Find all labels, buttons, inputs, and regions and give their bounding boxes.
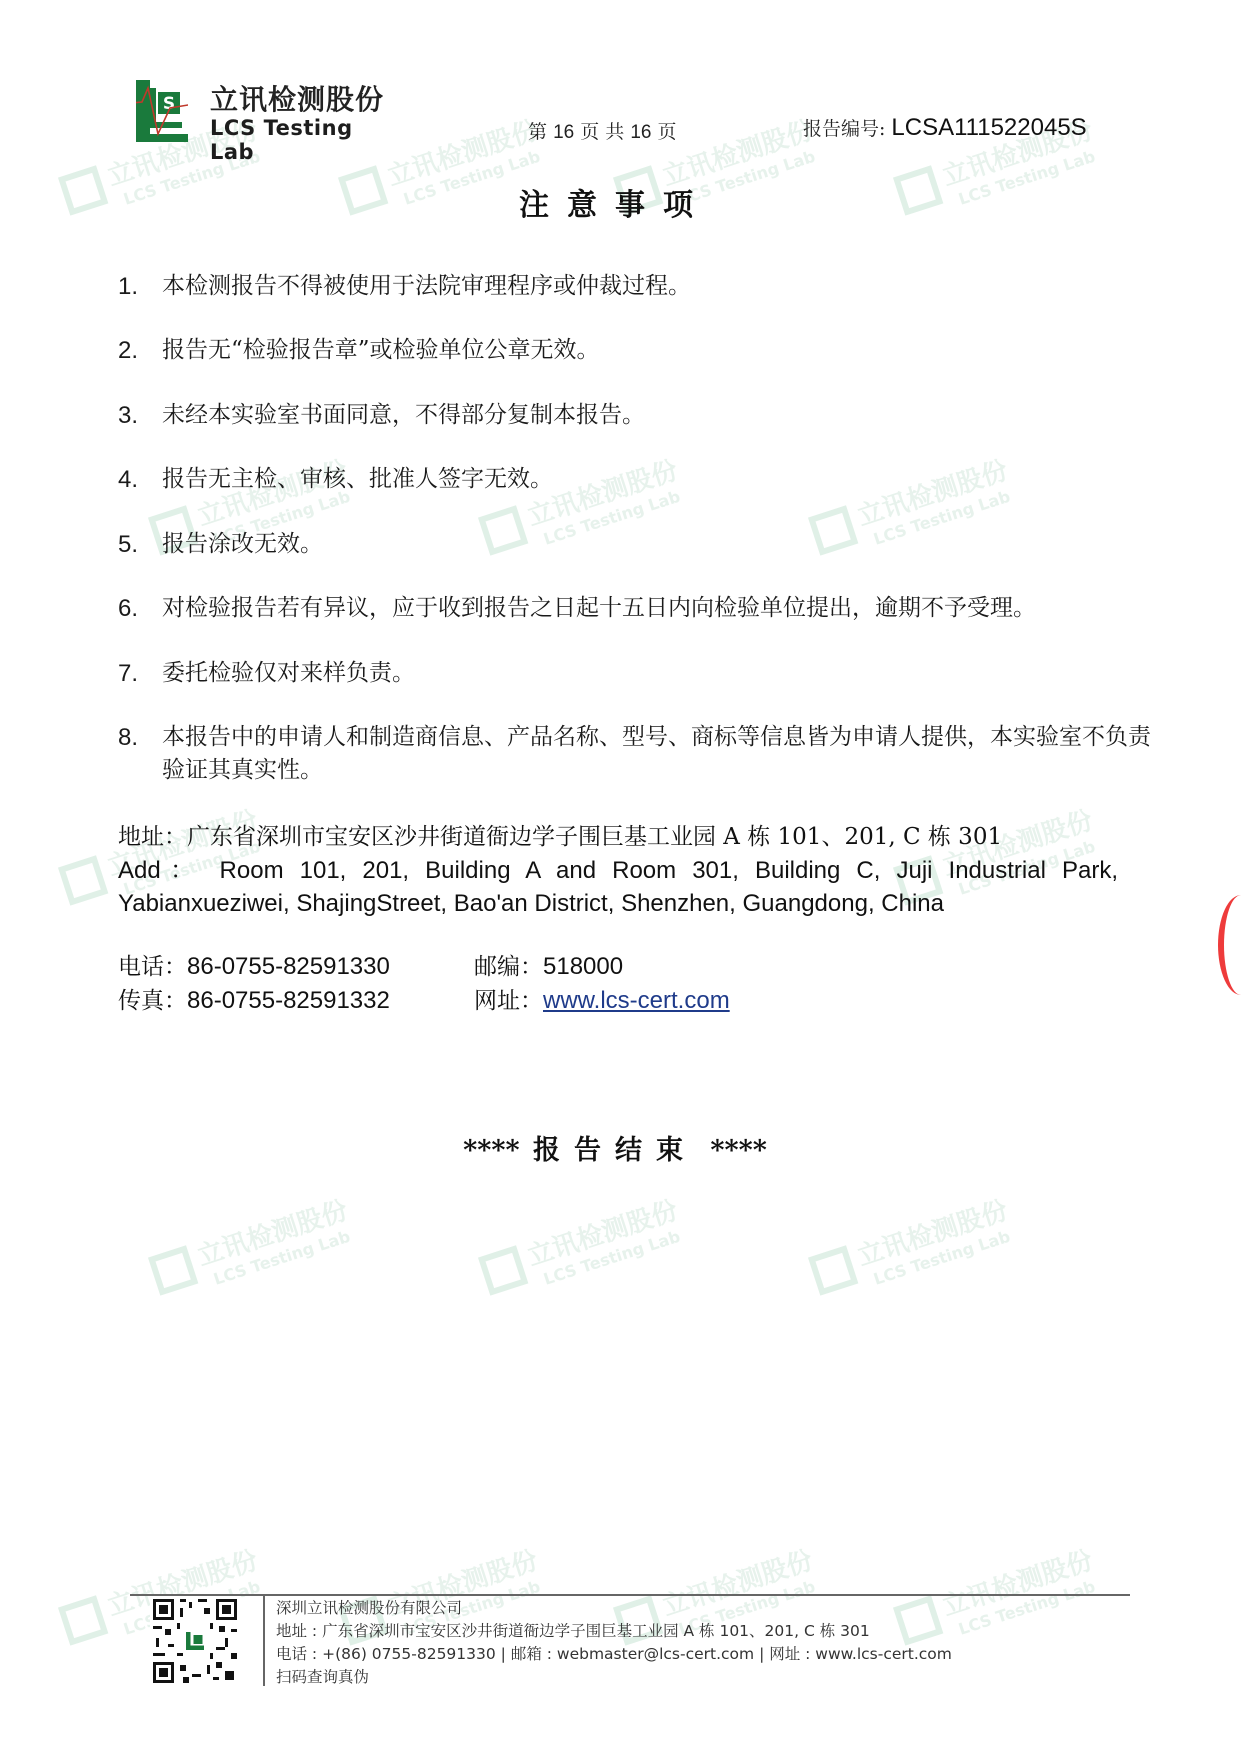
note-number: 1.: [118, 270, 158, 303]
logo-text-cn: 立讯检测股份: [210, 78, 384, 118]
page-label-suffix: 页: [658, 121, 677, 143]
contact-row: 电话：86-0755-82591330 邮编：518000: [118, 950, 390, 984]
note-item: 5.报告涂改无效。: [118, 528, 1232, 561]
note-text: 报告无“检验报告章”或检验单位公章无效。: [162, 334, 1232, 367]
note-number: 6.: [118, 592, 158, 625]
note-text: 本报告中的申请人和制造商信息、产品名称、型号、商标等信息皆为申请人提供，本实验室…: [162, 721, 1162, 787]
address-en-line1: Add： Room 101, 201, Building A and Room …: [118, 854, 1118, 887]
fax-label: 传真：: [118, 988, 187, 1014]
address-en-value: Room 101, 201, Building A and Room 301, …: [220, 857, 1118, 884]
end-stars-right: ****: [710, 1135, 766, 1166]
footer-vertical-divider: [263, 1594, 265, 1686]
watermark: 立讯检测股份LCS Testing Lab: [806, 1190, 1017, 1306]
footer-qr-hint: 扫码查询真伪: [276, 1666, 952, 1689]
note-item: 1.本检测报告不得被使用于法院审理程序或仲裁过程。: [118, 270, 1232, 303]
end-label: 报告结束: [533, 1135, 697, 1166]
zip-value: 518000: [543, 953, 623, 980]
note-text: 对检验报告若有异议，应于收到报告之日起十五日内向检验单位提出，逾期不予受理。: [162, 592, 1232, 625]
page-label-prefix: 第: [528, 121, 547, 143]
note-number: 3.: [118, 399, 158, 432]
report-number: 报告编号:LCSA111522045S: [803, 114, 1087, 142]
page-number: 第 16 页 共 16 页: [528, 117, 677, 144]
note-item: 8.本报告中的申请人和制造商信息、产品名称、型号、商标等信息皆为申请人提供，本实…: [118, 721, 1162, 787]
watermark: 立讯检测股份LCS Testing Lab: [146, 1190, 357, 1306]
company-logo: S 立讯检测股份 LCS Testing Lab: [120, 80, 400, 142]
note-number: 8.: [118, 721, 158, 754]
qr-code-icon[interactable]: [150, 1596, 240, 1686]
website-label: 网址：: [474, 988, 543, 1014]
note-text: 报告涂改无效。: [162, 528, 1232, 561]
note-item: 4.报告无主检、审核、批准人签字无效。: [118, 463, 1232, 496]
address-en-line2: Yabianxueziwei, ShajingStreet, Bao'an Di…: [118, 887, 1118, 920]
end-stars-left: ****: [463, 1135, 519, 1166]
report-number-label: 报告编号:: [803, 118, 885, 140]
note-text: 本检测报告不得被使用于法院审理程序或仲裁过程。: [162, 270, 1232, 303]
watermark: 立讯检测股份LCS Testing Lab: [476, 1190, 687, 1306]
contact-block: 电话：86-0755-82591330 邮编：518000 传真：86-0755…: [118, 950, 390, 1018]
footer-divider: [130, 1594, 1130, 1596]
note-number: 4.: [118, 463, 158, 496]
footer-contact: 电话 : +(86) 0755-82591330 | 邮箱 : webmaste…: [276, 1643, 952, 1666]
note-text: 报告无主检、审核、批准人签字无效。: [162, 463, 1232, 496]
website-link[interactable]: www.lcs-cert.com: [543, 987, 730, 1014]
footer-text: 深圳立讯检测股份有限公司 地址 : 广东省深圳市宝安区沙井街道衙边学子围巨基工业…: [276, 1597, 952, 1689]
lcs-logo-icon: S: [136, 80, 188, 142]
page-current: 16: [553, 122, 574, 143]
address-block: 地址：广东省深圳市宝安区沙井街道衙边学子围巨基工业园 A 栋 101、201, …: [118, 820, 1118, 920]
zip-field: 邮编：518000: [474, 950, 623, 984]
address-en-label: Add：: [118, 857, 203, 884]
address-cn-value: 广东省深圳市宝安区沙井街道衙边学子围巨基工业园 A 栋 101、201, C 栋…: [187, 824, 1002, 850]
contact-row: 传真：86-0755-82591332 网址：www.lcs-cert.com: [118, 984, 390, 1018]
address-cn-label: 地址：: [118, 824, 187, 850]
footer-address: 地址 : 广东省深圳市宝安区沙井街道衙边学子围巨基工业园 A 栋 101、201…: [276, 1620, 952, 1643]
note-text: 未经本实验室书面同意，不得部分复制本报告。: [162, 399, 1232, 432]
note-number: 7.: [118, 657, 158, 690]
fax-value: 86-0755-82591332: [187, 987, 390, 1014]
note-text: 委托检验仅对来样负责。: [162, 657, 1232, 690]
page-label-mid: 页 共: [580, 121, 624, 143]
logo-text-en: LCS Testing Lab: [210, 116, 400, 164]
website-field: 网址：www.lcs-cert.com: [474, 984, 730, 1018]
note-item: 6.对检验报告若有异议，应于收到报告之日起十五日内向检验单位提出，逾期不予受理。: [118, 592, 1232, 625]
address-cn: 地址：广东省深圳市宝安区沙井街道衙边学子围巨基工业园 A 栋 101、201, …: [118, 820, 1118, 854]
tel-label: 电话：: [118, 954, 187, 980]
page-title: 注意事项: [0, 180, 1230, 224]
tel-value: 86-0755-82591330: [187, 953, 390, 980]
note-number: 2.: [118, 334, 158, 367]
note-item: 2.报告无“检验报告章”或检验单位公章无效。: [118, 334, 1232, 367]
footer-company: 深圳立讯检测股份有限公司: [276, 1597, 952, 1620]
note-item: 3.未经本实验室书面同意，不得部分复制本报告。: [118, 399, 1232, 432]
note-item: 7.委托检验仅对来样负责。: [118, 657, 1232, 690]
report-number-value: LCSA111522045S: [891, 114, 1086, 141]
report-end-marker: **** 报告结束 ****: [0, 1128, 1230, 1167]
zip-label: 邮编：: [474, 954, 543, 980]
stamp-edge: [1218, 895, 1241, 995]
page-total: 16: [630, 122, 651, 143]
note-number: 5.: [118, 528, 158, 561]
